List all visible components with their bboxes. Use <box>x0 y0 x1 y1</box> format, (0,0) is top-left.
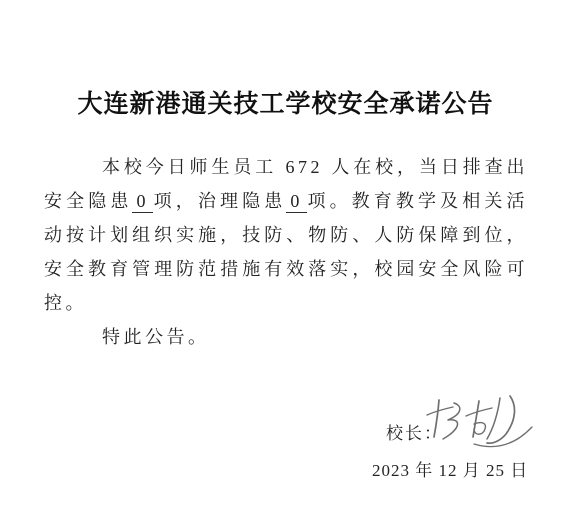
body-text-segment-2: 项，治理隐患 <box>153 191 286 211</box>
page-title: 大连新港通关技工学校安全承诺公告 <box>0 84 571 120</box>
hidden-dangers-found-count: 0 <box>132 191 153 213</box>
document-date: 2023 年 12 月 25 日 <box>372 456 528 481</box>
announcement-paragraph: 本校今日师生员工 672 人在校，当日排查出安全隐患0项，治理隐患0项。教育教学… <box>44 150 528 320</box>
hidden-dangers-resolved-count: 0 <box>286 191 307 213</box>
document-page: 大连新港通关技工学校安全承诺公告 本校今日师生员工 672 人在校，当日排查出安… <box>0 0 571 527</box>
closing-statement: 特此公告。 <box>44 320 528 354</box>
document-body: 本校今日师生员工 672 人在校，当日排查出安全隐患0项，治理隐患0项。教育教学… <box>44 150 528 354</box>
principal-signature-icon <box>424 391 536 455</box>
